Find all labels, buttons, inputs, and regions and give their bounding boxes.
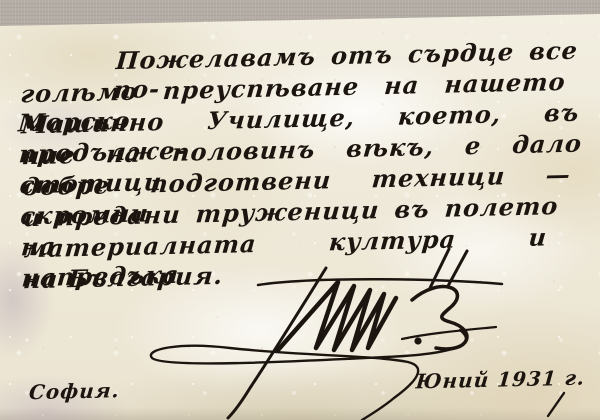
- signature-flourish: [130, 238, 570, 420]
- place-label: София.: [28, 378, 121, 404]
- photo-background: Пожелавамъ отъ сърдце все по- голѣмо пре…: [0, 0, 600, 420]
